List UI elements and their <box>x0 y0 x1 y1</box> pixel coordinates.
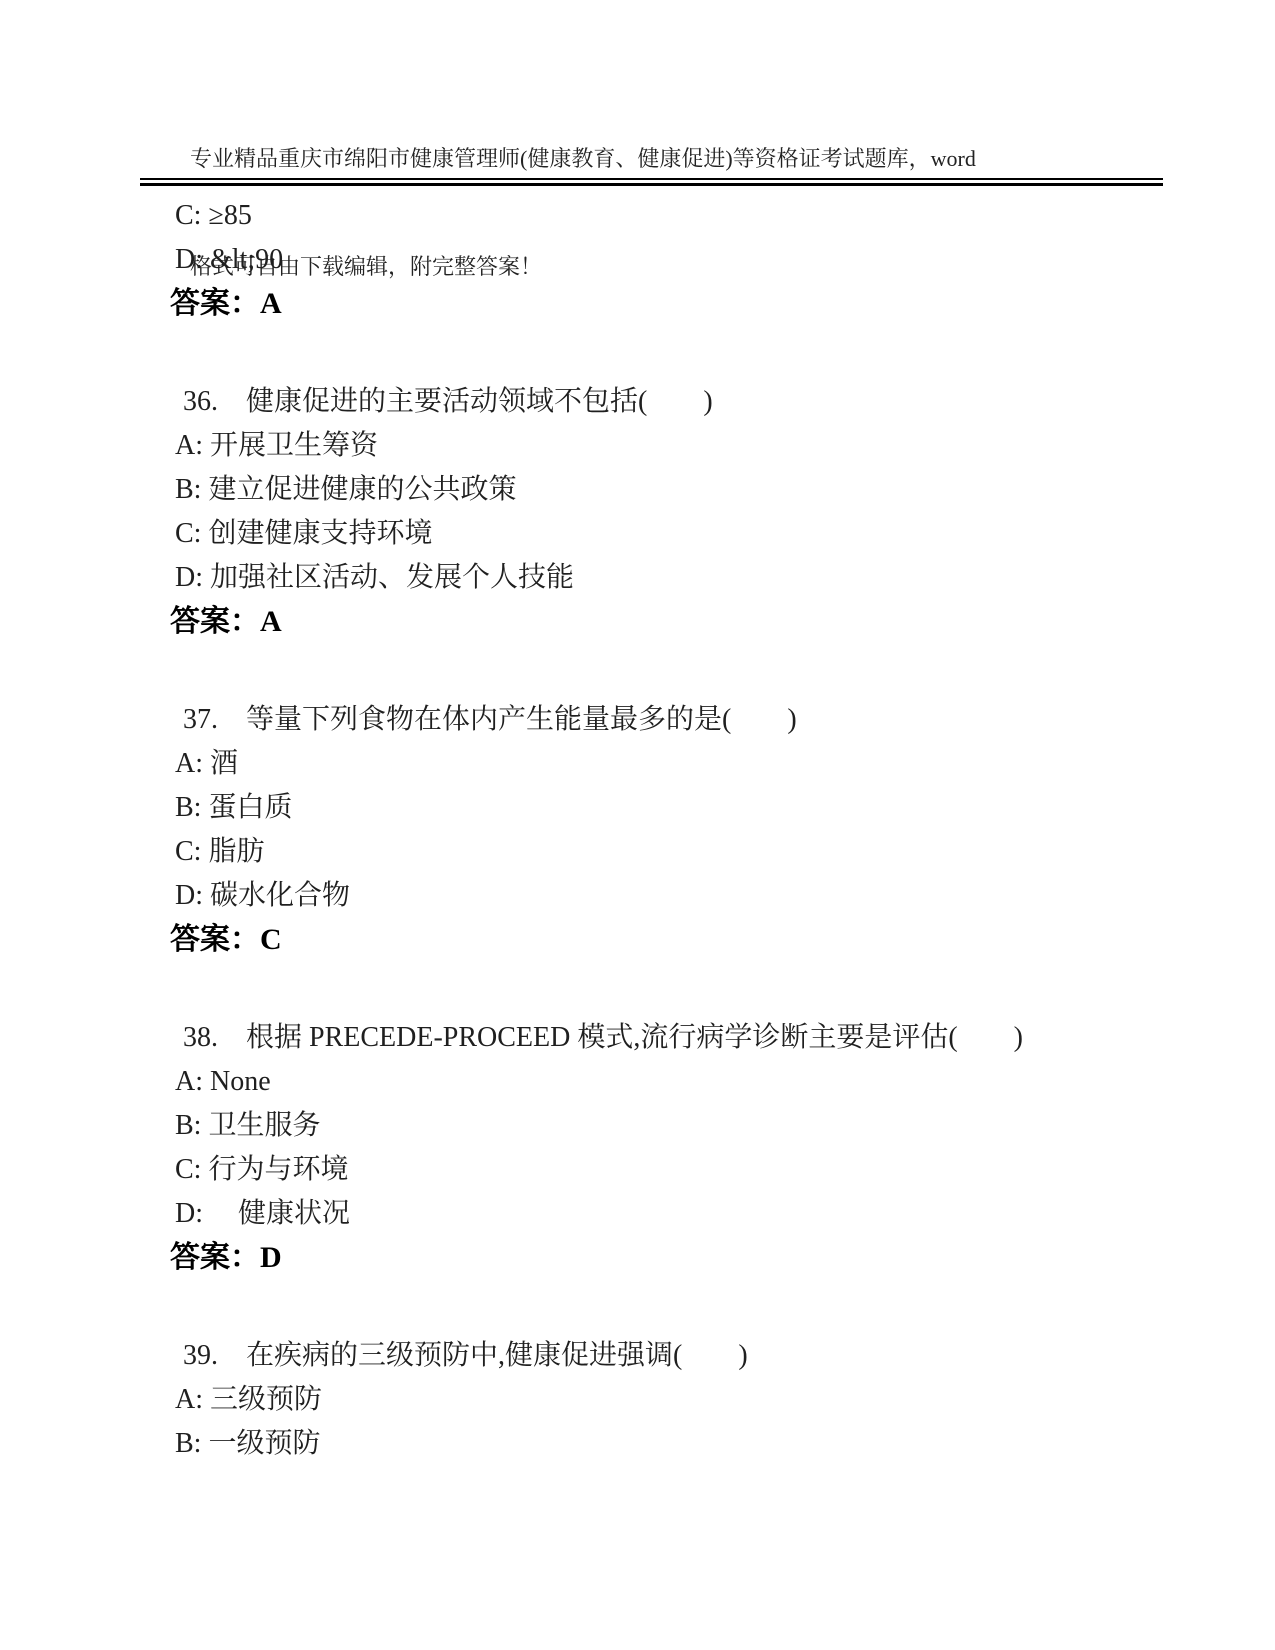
option-line: A: 开展卫生筹资 <box>170 424 1130 468</box>
option-line: A: 酒 <box>170 742 1130 786</box>
option-line: B: 蛋白质 <box>170 786 1130 830</box>
answer-line: 答案：C <box>170 918 1130 962</box>
option-line: C: 行为与环境 <box>170 1148 1130 1192</box>
question-block-38: 38. 根据 PRECEDE-PROCEED 模式,流行病学诊断主要是评估( )… <box>170 1016 1130 1280</box>
option-line: C: 脂肪 <box>170 830 1130 874</box>
option-line: D: 加强社区活动、发展个人技能 <box>170 556 1130 600</box>
option-line: C: ≥85 <box>170 194 1130 238</box>
question-text: 37. 等量下列食物在体内产生能量最多的是( ) <box>170 698 1130 742</box>
option-line: D: &lt;90 <box>170 238 1130 282</box>
answer-line: 答案：A <box>170 600 1130 644</box>
question-text: 38. 根据 PRECEDE-PROCEED 模式,流行病学诊断主要是评估( ) <box>170 1016 1130 1060</box>
option-line: B: 一级预防 <box>170 1422 1130 1466</box>
question-block-36: 36. 健康促进的主要活动领域不包括( ) A: 开展卫生筹资 B: 建立促进健… <box>170 380 1130 644</box>
header-text-line1: 专业精品重庆市绵阳市健康管理师(健康教育、健康促进)等资格证考试题库，word <box>190 141 1090 177</box>
question-text: 39. 在疾病的三级预防中,健康促进强调( ) <box>170 1334 1130 1378</box>
answer-line: 答案：A <box>170 282 1130 326</box>
option-line: A: 三级预防 <box>170 1378 1130 1422</box>
option-line: B: 卫生服务 <box>170 1104 1130 1148</box>
document-page: 专业精品重庆市绵阳市健康管理师(健康教育、健康促进)等资格证考试题库，word … <box>0 0 1275 1650</box>
question-block-partial: C: ≥85 D: &lt;90 答案：A <box>170 194 1130 326</box>
question-text: 36. 健康促进的主要活动领域不包括( ) <box>170 380 1130 424</box>
question-block-37: 37. 等量下列食物在体内产生能量最多的是( ) A: 酒 B: 蛋白质 C: … <box>170 698 1130 962</box>
answer-line: 答案：D <box>170 1236 1130 1280</box>
header-divider-double-rule <box>140 178 1163 186</box>
option-line: B: 建立促进健康的公共政策 <box>170 468 1130 512</box>
option-line: D: 健康状况 <box>170 1192 1130 1236</box>
option-line: A: None <box>170 1060 1130 1104</box>
document-body: C: ≥85 D: &lt;90 答案：A 36. 健康促进的主要活动领域不包括… <box>170 194 1130 1466</box>
option-line: D: 碳水化合物 <box>170 874 1130 918</box>
option-line: C: 创建健康支持环境 <box>170 512 1130 556</box>
question-block-39: 39. 在疾病的三级预防中,健康促进强调( ) A: 三级预防 B: 一级预防 <box>170 1334 1130 1466</box>
